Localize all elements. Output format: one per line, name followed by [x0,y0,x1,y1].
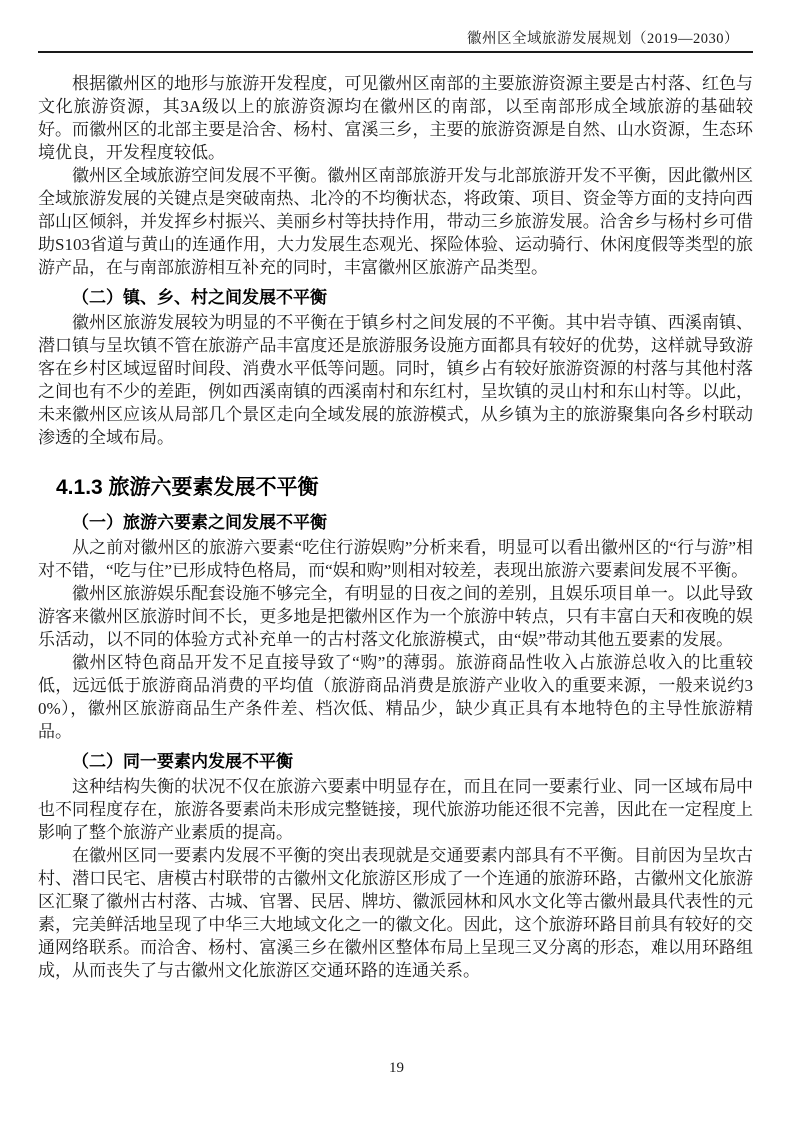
paragraph-town-village-detail: 徽州区旅游发展较为明显的不平衡在于镇乡村之间发展的不平衡。其中岩寺镇、西溪南镇、… [38,311,753,449]
paragraph-structural-imbalance: 这种结构失衡的状况不仅在旅游六要素中明显存在，而且在同一要素行业、同一区域布局中… [38,775,753,844]
page-number: 19 [389,1060,404,1076]
document-page: 徽州区全域旅游发展规划（2019—2030） 根据徽州区的地形与旅游开发程度，可… [0,0,793,1122]
paragraph-spatial-imbalance: 徽州区全域旅游空间发展不平衡。徽州区南部旅游开发与北部旅游开发不平衡，因此徽州区… [38,164,753,279]
paragraph-south-resources: 根据徽州区的地形与旅游开发程度，可见徽州区南部的主要旅游资源主要是古村落、红色与… [38,72,753,164]
subsection-heading-town-village-imbalance: （二）镇、乡、村之间发展不平衡 [38,286,753,310]
subsection-heading-same-element-imbalance: （二）同一要素内发展不平衡 [38,750,753,774]
page-footer: 19 [0,1060,793,1077]
header-title: 徽州区全域旅游发展规划（2019—2030） [467,30,753,48]
page-header: 徽州区全域旅游发展规划（2019—2030） [38,30,753,53]
paragraph-shopping-weakness: 徽州区特色商品开发不足直接导致了“购”的薄弱。旅游商品性收入占旅游总收入的比重较… [38,651,753,743]
subsection-heading-six-elements-between: （一）旅游六要素之间发展不平衡 [38,511,753,535]
page-content: 徽州区全域旅游发展规划（2019—2030） 根据徽州区的地形与旅游开发程度，可… [38,30,753,982]
section-heading-4-1-3: 4.1.3 旅游六要素发展不平衡 [56,474,753,502]
paragraph-transport-imbalance: 在徽州区同一要素内发展不平衡的突出表现就是交通要素内部具有不平衡。目前因为呈坎古… [38,844,753,982]
paragraph-six-elements-analysis: 从之前对徽州区的旅游六要素“吃住行游娱购”分析来看，明显可以看出徽州区的“行与游… [38,536,753,582]
paragraph-entertainment-facilities: 徽州区旅游娱乐配套设施不够完全，有明显的日夜之间的差别，且娱乐项目单一。以此导致… [38,582,753,651]
document-body: 根据徽州区的地形与旅游开发程度，可见徽州区南部的主要旅游资源主要是古村落、红色与… [38,72,753,982]
